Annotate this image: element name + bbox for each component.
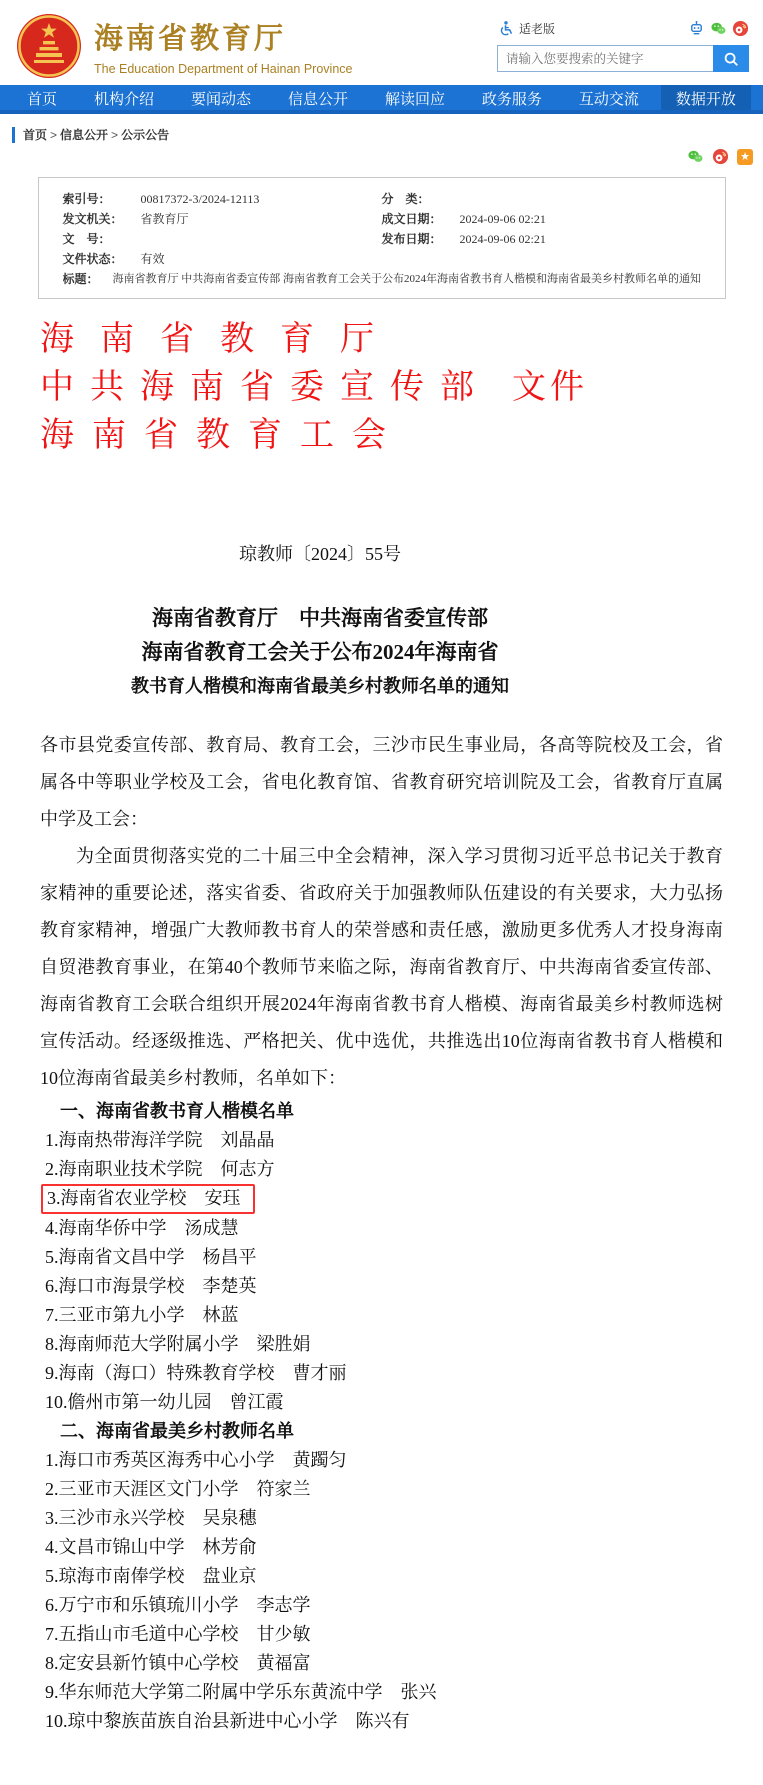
document-body: 各市县党委宣传部、教育局、教育工会，三沙市民生事业局，各高等院校及工会，省属各中…	[40, 727, 723, 1097]
letterhead-line1: 海南省教育厅	[40, 321, 723, 359]
letterhead-wenjian: 文件	[512, 369, 588, 406]
wheelchair-icon[interactable]	[497, 20, 514, 37]
search-input[interactable]	[497, 45, 713, 72]
nav-item-news[interactable]: 要闻动态	[176, 85, 266, 110]
section2-list: 二、海南省最美乡村教师名单 1.海口市秀英区海秀中心小学 黄躅匀 2.三亚市天涯…	[40, 1417, 723, 1736]
section1-list: 一、海南省教书育人楷模名单 1.海南热带海洋学院 刘晶晶 2.海南职业技术学院 …	[40, 1097, 723, 1417]
breadcrumb-separator: >	[111, 128, 118, 142]
list-item: 5.海南省文昌中学 杨昌平	[40, 1243, 723, 1272]
breadcrumb-separator: >	[50, 128, 57, 142]
nav-item-home[interactable]: 首页	[12, 85, 72, 110]
wechat-share-icon[interactable]	[687, 148, 704, 165]
favorite-star-icon[interactable]: ★	[737, 149, 753, 165]
meta-publish-date: 发布日期： 2024-09-06 02:21	[382, 229, 701, 249]
list-item: 4.文昌市锦山中学 林芳俞	[40, 1533, 723, 1562]
breadcrumb-home[interactable]: 首页	[23, 128, 47, 142]
document-meta-box: 索引号： 00817372-3/2024-12113 分 类： 发文机关： 省教…	[38, 177, 726, 299]
share-row: ★	[0, 148, 763, 165]
document-number: 琼教师〔2024〕55号	[40, 543, 600, 565]
list-item: 2.三亚市天涯区文门小学 符家兰	[40, 1475, 723, 1504]
meta-index-number: 索引号： 00817372-3/2024-12113	[63, 189, 382, 209]
nav-item-info-disclosure[interactable]: 信息公开	[273, 85, 363, 110]
list-item-highlighted: 3.海南省农业学校 安珏	[40, 1184, 723, 1214]
site-title-en: The Education Department of Hainan Provi…	[94, 62, 352, 76]
weibo-icon[interactable]	[732, 20, 749, 37]
section1-heading: 一、海南省教书育人楷模名单	[40, 1097, 723, 1126]
search-icon	[722, 50, 740, 68]
nav-item-services[interactable]: 政务服务	[467, 85, 557, 110]
official-document: 海南省教育厅 中共海南省委宣传部文件 海南省教育工会 琼教师〔2024〕55号 …	[0, 321, 763, 1736]
breadcrumb-announcements[interactable]: 公示公告	[121, 128, 169, 142]
main-paragraph: 为全面贯彻落实党的二十届三中全会精神，深入学习贯彻习近平总书记关于教育家精神的重…	[40, 838, 723, 1097]
list-item: 1.海口市秀英区海秀中心小学 黄躅匀	[40, 1446, 723, 1475]
list-item: 6.万宁市和乐镇琉川小学 李志学	[40, 1591, 723, 1620]
list-item: 7.三亚市第九小学 林蓝	[40, 1301, 723, 1330]
site-brand: 海南省教育厅 The Education Department of Haina…	[16, 6, 352, 85]
list-item: 8.定安县新竹镇中心学校 黄福富	[40, 1649, 723, 1678]
list-item: 8.海南师范大学附属小学 梁胜娟	[40, 1330, 723, 1359]
meta-empty-cell	[382, 249, 701, 269]
nav-item-open-data[interactable]: 数据开放	[661, 85, 751, 110]
title-line1: 海南省教育厅 中共海南省委宣传部	[40, 601, 600, 635]
salutation-paragraph: 各市县党委宣传部、教育局、教育工会，三沙市民生事业局，各高等院校及工会，省属各中…	[40, 727, 723, 838]
site-title: 海南省教育厅	[94, 16, 352, 57]
letterhead-line2: 中共海南省委宣传部文件	[40, 369, 723, 407]
meta-category: 分 类：	[382, 189, 701, 209]
red-highlight-box: 3.海南省农业学校 安珏	[41, 1184, 255, 1214]
letterhead-line3: 海南省教育工会	[40, 417, 723, 455]
list-item: 9.海南（海口）特殊教育学校 曹才丽	[40, 1359, 723, 1388]
title-line3: 教书育人楷模和海南省最美乡村教师名单的通知	[40, 669, 600, 703]
section2-heading: 二、海南省最美乡村教师名单	[40, 1417, 723, 1446]
meta-file-status: 文件状态： 有效	[63, 249, 382, 269]
meta-grid: 索引号： 00817372-3/2024-12113 分 类： 发文机关： 省教…	[63, 189, 701, 269]
list-item: 7.五指山市毛道中心学校 甘少敏	[40, 1620, 723, 1649]
list-item: 2.海南职业技术学院 何志方	[40, 1155, 723, 1184]
meta-issuing-agency: 发文机关： 省教育厅	[63, 209, 382, 229]
red-letterhead: 海南省教育厅 中共海南省委宣传部文件 海南省教育工会	[40, 321, 723, 455]
nav-item-interaction[interactable]: 互动交流	[564, 85, 654, 110]
search-button[interactable]	[713, 45, 749, 72]
meta-title-row: 标题： 海南省教育厅 中共海南省委宣传部 海南省教育工会关于公布2024年海南省…	[63, 269, 701, 289]
title-line2: 海南省教育工会关于公布2024年海南省	[40, 635, 600, 669]
list-item: 10.儋州市第一幼儿园 曾江霞	[40, 1388, 723, 1417]
weibo-share-icon[interactable]	[712, 148, 729, 165]
nav-item-about[interactable]: 机构介绍	[79, 85, 169, 110]
national-emblem-icon	[16, 13, 82, 79]
robot-icon[interactable]	[688, 20, 705, 37]
list-item: 4.海南华侨中学 汤成慧	[40, 1214, 723, 1243]
nav-item-interpretation[interactable]: 解读回应	[370, 85, 460, 110]
main-nav: 首页 机构介绍 要闻动态 信息公开 解读回应 政务服务 互动交流 数据开放	[0, 85, 763, 114]
meta-written-date: 成文日期： 2024-09-06 02:21	[382, 209, 701, 229]
document-title: 海南省教育厅 中共海南省委宣传部 海南省教育工会关于公布2024年海南省 教书育…	[40, 601, 600, 703]
list-item: 6.海口市海景学校 李楚英	[40, 1272, 723, 1301]
search-box	[497, 45, 749, 72]
site-header: 海南省教育厅 The Education Department of Haina…	[0, 0, 763, 85]
header-right: 适老版	[497, 6, 749, 85]
list-item: 1.海南热带海洋学院 刘晶晶	[40, 1126, 723, 1155]
breadcrumb-info-disclosure[interactable]: 信息公开	[60, 128, 108, 142]
accessibility-version-link[interactable]: 适老版	[519, 20, 555, 37]
wechat-icon[interactable]	[710, 20, 727, 37]
meta-doc-number: 文 号：	[63, 229, 382, 249]
breadcrumb: 首页>信息公开>公示公告	[12, 127, 763, 143]
list-item: 9.华东师范大学第二附属中学乐东黄流中学 张兴	[40, 1678, 723, 1707]
list-item: 5.琼海市南俸学校 盘业京	[40, 1562, 723, 1591]
brand-text: 海南省教育厅 The Education Department of Haina…	[94, 16, 352, 76]
list-item: 10.琼中黎族苗族自治县新进中心小学 陈兴有	[40, 1707, 723, 1736]
quick-links-row: 适老版	[497, 19, 749, 37]
list-item: 3.三沙市永兴学校 吴泉穗	[40, 1504, 723, 1533]
